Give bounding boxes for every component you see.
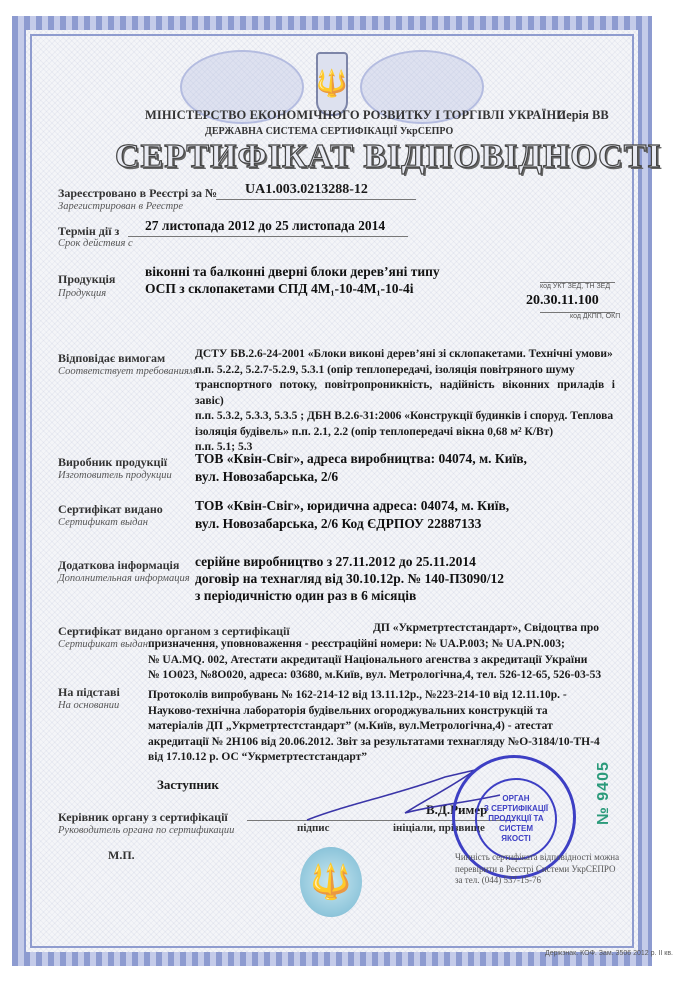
manufacturer-line-2: вул. Новозабарська, 2/6 (195, 469, 338, 485)
verification-note: Чинність сертифіката відповідності можна… (455, 852, 619, 887)
manufacturer-line-1: ТОВ «Квін-Свіг», адреса виробництва: 040… (195, 451, 527, 467)
basis-line: матеріалів ДП „Укрметртестстандарт” (м.К… (148, 719, 610, 735)
issued-to-label: Сертифікат видано (58, 502, 163, 517)
basis-line: Науково-технічна лабораторія будівельних… (148, 704, 610, 720)
print-footer: Держзнак. КОФ. Зам. 3506 2012 р. ІІ кв. (545, 950, 673, 957)
requirements-label-ru: Соответствует требованиям (58, 366, 196, 377)
basis-line: Протоколів випробувань № 162-214-12 від … (148, 688, 610, 704)
additional-info-label-ru: Дополнительная информация (58, 573, 190, 584)
registered-label-ru: Зарегистрирован в Реестре (58, 201, 183, 212)
validity-underline (128, 236, 408, 237)
registry-number: UA1.003.0213288-12 (245, 182, 368, 198)
ministry-name: МІНІСТЕРСТВО ЕКОНОМІЧНОГО РОЗВИТКУ І ТОР… (145, 108, 566, 123)
ukt-code-label: код УКТ ЗЕД, ТН ЗЕД (540, 283, 610, 290)
manufacturer-label-ru: Изготовитель продукции (58, 470, 172, 481)
additional-line-1: серійне виробництво з 27.11.2012 до 25.1… (195, 554, 476, 570)
validity-label-ru: Срок действия с (58, 238, 133, 249)
serial-number: № 9405 (595, 761, 613, 825)
dkpp-code-label: код ДКПП, ОКП (570, 313, 620, 320)
validity-label: Термін дії з (58, 224, 119, 239)
product-line-1: віконні та балконні дверні блоки дерев’я… (145, 264, 440, 280)
stamp-line: ЯКОСТІ (477, 834, 555, 844)
stamp-line: ПРОДУКЦІЇ ТА (477, 814, 555, 824)
validity-period: 27 листопада 2012 до 25 листопада 2014 (145, 218, 385, 234)
hologram-trident-icon: 🔱 (300, 847, 362, 917)
stamp-text: ОРГАН З СЕРТИФІКАЦІЇ ПРОДУКЦІЇ ТА СИСТЕМ… (477, 794, 555, 844)
position-title: Заступник (157, 777, 219, 793)
stamp-line: ОРГАН (477, 794, 555, 804)
note-line: за тел. (044) 537-15-76 (455, 875, 619, 887)
cert-body-line-3: № UA.MQ. 002, Атестати акредитації Націо… (148, 654, 587, 666)
basis-text: Протоколів випробувань № 162-214-12 від … (148, 688, 610, 766)
coat-of-arms-icon: 🔱 (316, 52, 348, 116)
stamp-inner-ring: ОРГАН З СЕРТИФІКАЦІЇ ПРОДУКЦІЇ ТА СИСТЕМ… (475, 778, 557, 860)
issued-to-line-1: ТОВ «Квін-Свіг», юридична адреса: 04074,… (195, 498, 509, 514)
product-label: Продукція (58, 272, 115, 287)
cert-body-label: Сертифікат видано органом з сертифікації (58, 624, 290, 639)
requirements-line: транспортного потоку, повітропроникність… (195, 378, 615, 409)
document-title: СЕРТИФІКАТ ВІДПОВІДНОСТІ (115, 138, 662, 176)
note-line: перевірити в Реєстрі Системи УкрСЕПРО (455, 864, 619, 876)
requirements-text: ДСТУ БВ.2.6-24-2001 «Блоки виконі дерев’… (195, 347, 615, 456)
basis-label: На підставі (58, 685, 120, 700)
product-line-2: ОСП з склопакетами СПД 4М₁-10-4М₁-10-4і (145, 281, 414, 297)
cert-body-line-4: № 1О023, №8О020, адреса: 03680, м.Київ, … (148, 669, 601, 681)
registered-label: Зареєстровано в Реєстрі за № (58, 186, 217, 201)
product-code: 20.30.11.100 (526, 293, 599, 309)
issued-to-label-ru: Сертификат выдан (58, 517, 148, 528)
additional-line-2: договір на технагляд від 30.10.12р. № 14… (195, 571, 504, 587)
requirements-label: Відповідає вимогам (58, 351, 165, 366)
stamp-line: СИСТЕМ (477, 824, 555, 834)
product-label-ru: Продукция (58, 288, 106, 299)
manufacturer-label: Виробник продукції (58, 455, 167, 470)
head-label: Керівник органу з сертифікації (58, 810, 228, 825)
cert-body-line-2: призначення, уповноваження - реєстраційн… (148, 638, 565, 650)
requirements-line: ізоляція будівель» п.п. 2.1, 2.2 (опір т… (195, 425, 615, 441)
issued-to-line-2: вул. Новозабарська, 2/6 Код ЄДРПОУ 22887… (195, 516, 481, 532)
stamp-line: З СЕРТИФІКАЦІЇ (477, 804, 555, 814)
requirements-line: п.п. 5.2.2, 5.2.7-5.2.9, 5.3.1 (опір теп… (195, 363, 615, 379)
requirements-line: п.п. 5.3.2, 5.3.3, 5.3.5 ; ДБН В.2.6-31:… (195, 409, 615, 425)
basis-label-ru: На основании (58, 700, 119, 711)
basis-line: акредитації № 2Н106 від 20.06.2012. Звіт… (148, 735, 610, 751)
registered-underline (216, 199, 416, 200)
cert-body-line-1: ДП «Укрметртестстандарт», Свідоцтва про (373, 622, 599, 634)
note-line: Чинність сертифіката відповідності можна (455, 852, 619, 864)
head-label-ru: Руководитель органа по сертификации (58, 825, 234, 836)
additional-info-label: Додаткова інформація (58, 558, 179, 573)
series-label: Серія ВВ (557, 108, 609, 123)
additional-line-3: з періодичністю один раз в 6 місяців (195, 588, 416, 604)
seal-label: М.П. (108, 848, 135, 863)
certification-system: ДЕРЖАВНА СИСТЕМА СЕРТИФІКАЦІЇ УкрСЕПРО (205, 126, 453, 137)
cert-body-label-ru: Сертификат выдан (58, 639, 148, 650)
requirements-line: ДСТУ БВ.2.6-24-2001 «Блоки виконі дерев’… (195, 347, 615, 363)
